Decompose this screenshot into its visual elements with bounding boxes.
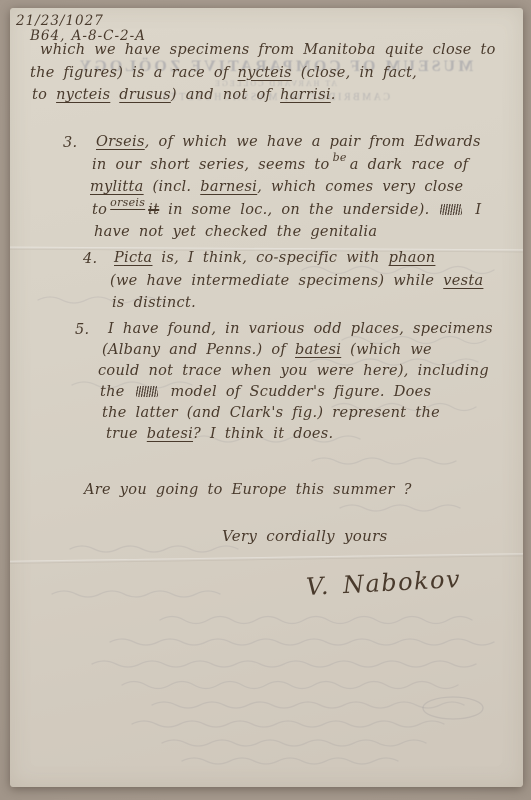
underlined-word: batesi [295,342,341,358]
letter-line: (we have intermediate specimens) while v… [110,270,483,293]
text-run: model of Scudder's figure. Does [162,384,432,400]
text-run: have not yet checked the genitalia [94,224,377,240]
letter-line: which we have specimens from Manitoba qu… [40,39,496,62]
item-number: 3. [63,132,77,155]
text-run: , of which we have a pair from Edwards [145,134,481,150]
item-number: 4. [83,248,97,271]
question-line: Are you going to Europe this summer ? [84,479,412,501]
item-5: 5.I have found, in various odd places, s… [102,319,493,445]
text-run: I have found, in various odd places, spe… [108,321,493,337]
letter-line: toorseisit in some loc., on the undersid… [92,199,481,222]
letter-line: the latter (and Clark's fig.) represent … [102,403,493,424]
letter-line: Picta is, I think, co-specific with phao… [114,247,483,270]
text-run: (incl. [144,179,201,195]
text-run: to [92,202,107,218]
underlined-word: Picta [114,250,153,266]
letter-line: Orseis, of which we have a pair from Edw… [96,131,481,154]
text-run: Are you going to Europe this summer ? [84,482,412,498]
text-run: to [32,87,56,103]
letter-line: Very cordially yours [222,526,388,546]
letter-line: in our short series, seems tobea dark ra… [92,154,481,177]
photo-background: MUSEUM OF COMPARATIVE ZOÖLOGY AT HARVARD… [0,0,531,800]
letter-page: MUSEUM OF COMPARATIVE ZOÖLOGY AT HARVARD… [10,8,523,787]
underlined-word: nycteis [238,65,292,81]
text-run: true [106,426,147,442]
inserted-word: be [333,153,347,163]
text-run: the latter (and Clark's fig.) represent … [102,405,440,421]
scribble-mark [440,204,462,215]
letter-line: I have found, in various odd places, spe… [108,319,493,340]
text-run: in our short series, seems to [92,157,330,173]
text-run: I [466,202,481,218]
handwritten-letter-text: 21/23/1027B64, A-8-C-2-Awhich we have sp… [10,8,523,787]
closing-line: Very cordially yours [222,526,388,546]
letter-line: true batesi? I think it does. [106,424,493,445]
underlined-word: drusus [119,87,171,103]
letter-line: the figures) is a race of nycteis (close… [30,62,496,85]
item-3: 3.Orseis, of which we have a pair from E… [90,131,481,244]
text-run: is, I think, co-specific with [153,250,389,266]
text-run: (we have intermediate specimens) while [110,273,443,289]
underlined-word: phaon [389,250,436,266]
text-run: could not trace when you were here), inc… [98,363,489,379]
text-run [110,87,119,103]
underlined-word: Orseis [96,134,145,150]
continuation-paragraph: which we have specimens from Manitoba qu… [30,39,496,107]
text-run: (which we [341,342,432,358]
underlined-word: nycteis [56,87,110,103]
letter-line: 21/23/1027 [16,14,146,29]
text-run: V. Nabokov [305,565,461,601]
item-number: 5. [75,320,89,341]
letter-line: mylitta (incl. barnesi, which comes very… [90,176,481,199]
letter-line: V. Nabokov [305,564,461,602]
letter-line: could not trace when you were here), inc… [98,361,493,382]
struck-word: it [148,202,159,218]
text-run: Very cordially yours [222,527,388,545]
letter-line: is distinct. [112,292,483,315]
inserted-word: orseis [110,198,145,208]
text-run: a dark race of [350,157,469,173]
underlined-word: barnesi [200,179,257,195]
text-run: (Albany and Penns.) of [102,342,295,358]
item-4: 4.Picta is, I think, co-specific with ph… [110,247,483,315]
text-run: the figures) is a race of [30,65,238,81]
text-run: (close, in fact, [292,65,417,81]
underlined-word: batesi [147,426,193,442]
text-run: is distinct. [112,295,196,311]
letter-line: Are you going to Europe this summer ? [84,479,412,501]
text-run: ? I think it does. [193,426,333,442]
text-run: which we have specimens from Manitoba qu… [40,42,496,58]
letter-line: the model of Scudder's figure. Does [100,382,493,403]
text-run: 21/23/1027 [16,13,104,29]
signature: V. Nabokov [305,564,461,602]
letter-line: (Albany and Penns.) of batesi (which we [102,340,493,361]
text-run: in some loc., on the underside). [159,202,438,218]
underlined-word: vesta [443,273,483,289]
text-run: , which comes very close [257,179,463,195]
underlined-word: mylitta [90,179,144,195]
letter-line: to nycteis drusus) and not of harrisi. [32,84,496,107]
text-run: the [100,384,134,400]
letter-line: have not yet checked the genitalia [94,221,481,244]
text-run: ) and not of [171,87,280,103]
text-run: . [331,87,336,103]
underlined-word: harrisi [280,87,331,103]
scribble-mark [136,386,158,397]
